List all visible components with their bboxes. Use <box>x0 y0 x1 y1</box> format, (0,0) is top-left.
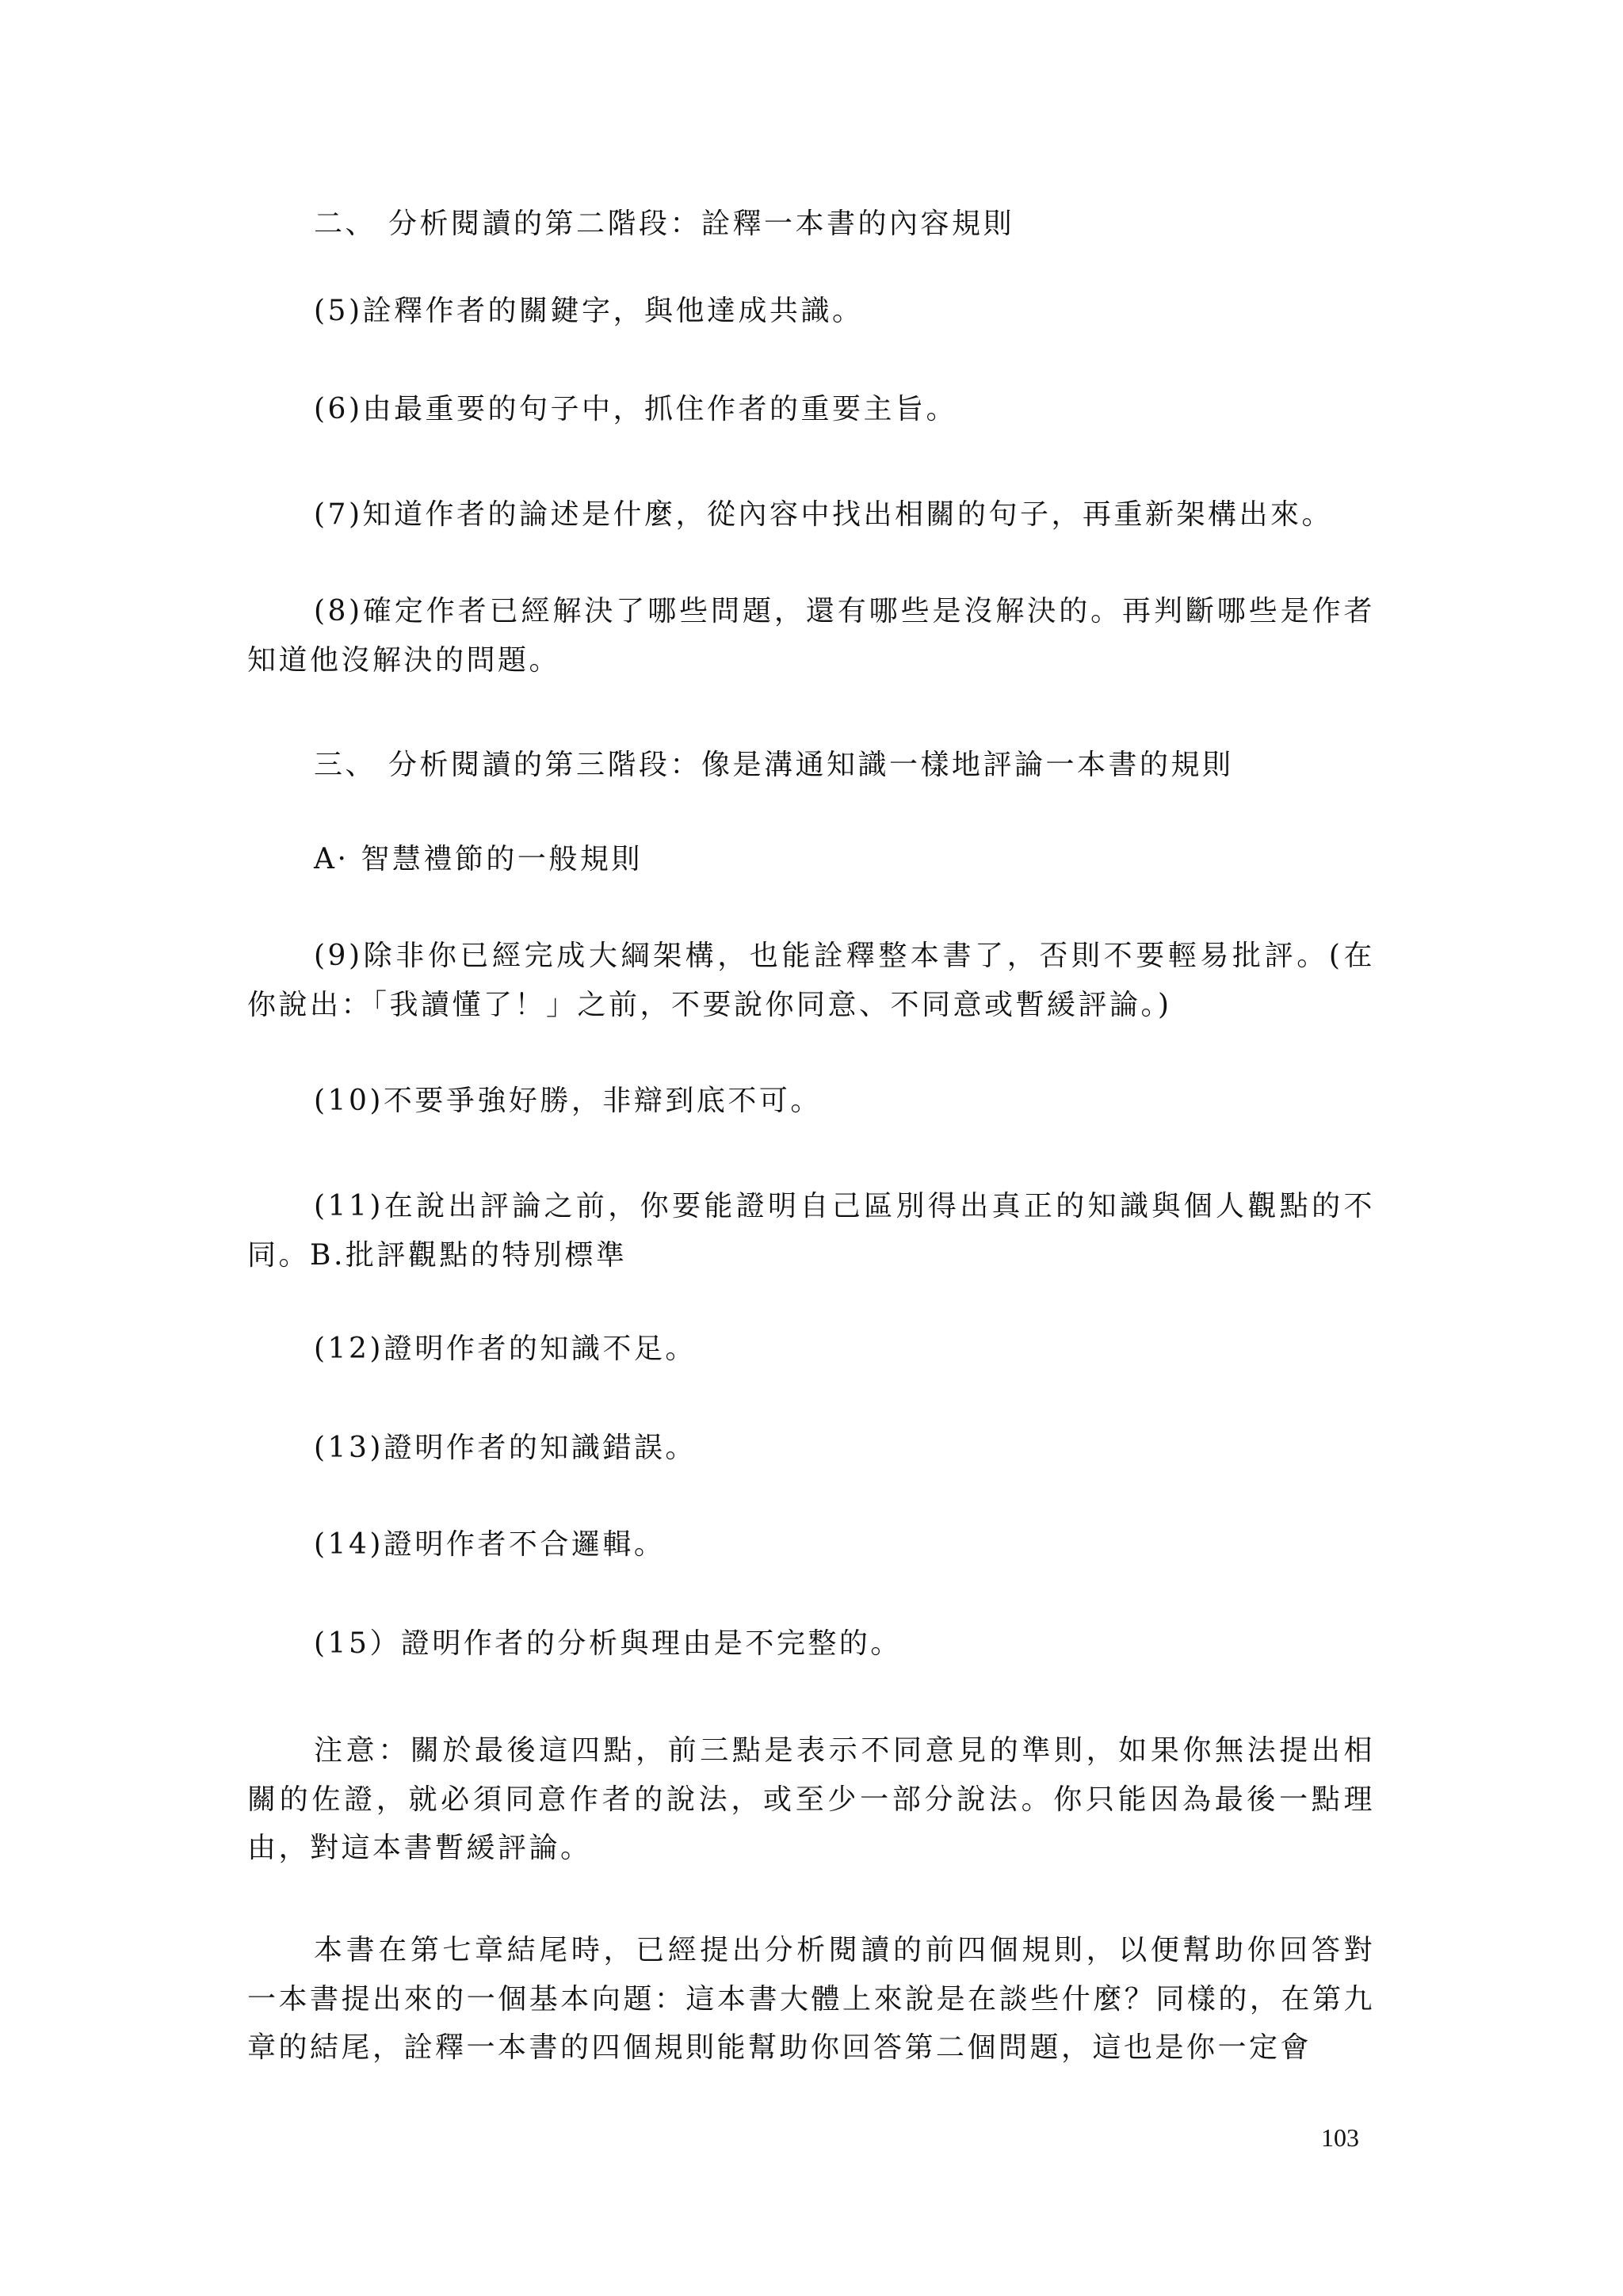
rule-item-6: (6)由最重要的句子中，抓住作者的重要主旨。 <box>247 385 1375 434</box>
rule-item-11: (11)在說出評論之前，你要能證明自己區別得出真正的知識與個人觀點的不同。B.批… <box>247 1182 1375 1280</box>
rule-item-10: (10)不要爭強好勝，非辯到底不可。 <box>247 1077 1375 1126</box>
rule-item-15: (15）證明作者的分析與理由是不完整的。 <box>247 1619 1375 1669</box>
rule-item-12: (12)證明作者的知識不足。 <box>247 1325 1375 1374</box>
document-page: 二、 分析閱讀的第二階段：詮釋一本書的內容規則 (5)詮釋作者的關鍵字，與他達成… <box>0 0 1623 2296</box>
subheading-general-rules: A· 智慧禮節的一般規則 <box>247 835 1375 884</box>
section-heading-stage-3: 三、 分析閱讀的第三階段：像是溝通知識一樣地評論一本書的規則 <box>247 741 1375 790</box>
rule-item-5: (5)詮釋作者的關鍵字，與他達成共識。 <box>247 287 1375 336</box>
closing-paragraph: 本書在第七章結尾時，已經提出分析閱讀的前四個規則，以便幫助你回答對一本書提出來的… <box>247 1926 1375 2073</box>
rule-item-9: (9)除非你已經完成大綱架構，也能詮釋整本書了，否則不要輕易批評。(在你說出：「… <box>247 932 1375 1029</box>
page-number: 103 <box>1321 2123 1359 2153</box>
note-paragraph: 注意：關於最後這四點，前三點是表示不同意見的準則，如果你無法提出相關的佐證，就必… <box>247 1726 1375 1873</box>
section-heading-stage-2: 二、 分析閱讀的第二階段：詮釋一本書的內容規則 <box>247 200 1375 249</box>
rule-item-7: (7)知道作者的論述是什麼，從內容中找出相關的句子，再重新架構出來。 <box>247 490 1375 540</box>
rule-item-8: (8)確定作者已經解決了哪些問題，還有哪些是沒解決的。再判斷哪些是作者知道他沒解… <box>247 587 1375 685</box>
rule-item-14: (14)證明作者不合邏輯。 <box>247 1520 1375 1569</box>
rule-item-13: (13)證明作者的知識錯誤。 <box>247 1424 1375 1473</box>
